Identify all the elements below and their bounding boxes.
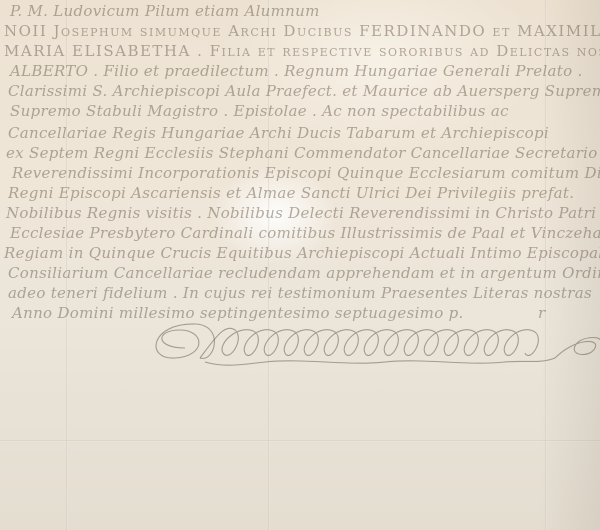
text-line: Nobilibus Regnis visitis . Nobilibus Del… xyxy=(6,204,596,222)
text-line: P. M. Ludovicum Pilum etiam Alumnum xyxy=(10,2,320,20)
text-line: MARIA ELISABETHA . Filia et respective s… xyxy=(4,42,600,60)
calligraphic-flourish-icon xyxy=(145,318,600,370)
text-line: Regiam in Quinque Crucis Equitibus Archi… xyxy=(4,244,600,262)
horizontal-fold-crease xyxy=(0,440,600,442)
edge-shadow xyxy=(540,0,600,530)
text-line: Cancellariae Regis Hungariae Archi Ducis… xyxy=(8,124,549,142)
text-line: Clarissimi S. Archiepiscopi Aula Praefec… xyxy=(8,82,600,100)
text-line: NOII Josephum simumque Archi Ducibus FER… xyxy=(4,22,600,40)
text-line: ex Septem Regni Ecclesiis Stephani Comme… xyxy=(6,144,598,162)
text-line: Reverendissimi Incorporationis Episcopi … xyxy=(12,164,600,182)
text-line: Regni Episcopi Ascariensis et Almae Sanc… xyxy=(8,184,574,202)
text-line: adeo teneri fidelium . In cujus rei test… xyxy=(8,284,592,302)
text-line: Supremo Stabuli Magistro . Epistolae . A… xyxy=(10,102,509,120)
text-line: Consiliarium Cancellariae recludendam ap… xyxy=(8,264,600,282)
text-line: ALBERTO . Filio et praedilectum . Regnum… xyxy=(10,62,583,80)
text-line: Ecclesiae Presbytero Cardinali comitibus… xyxy=(10,224,600,242)
